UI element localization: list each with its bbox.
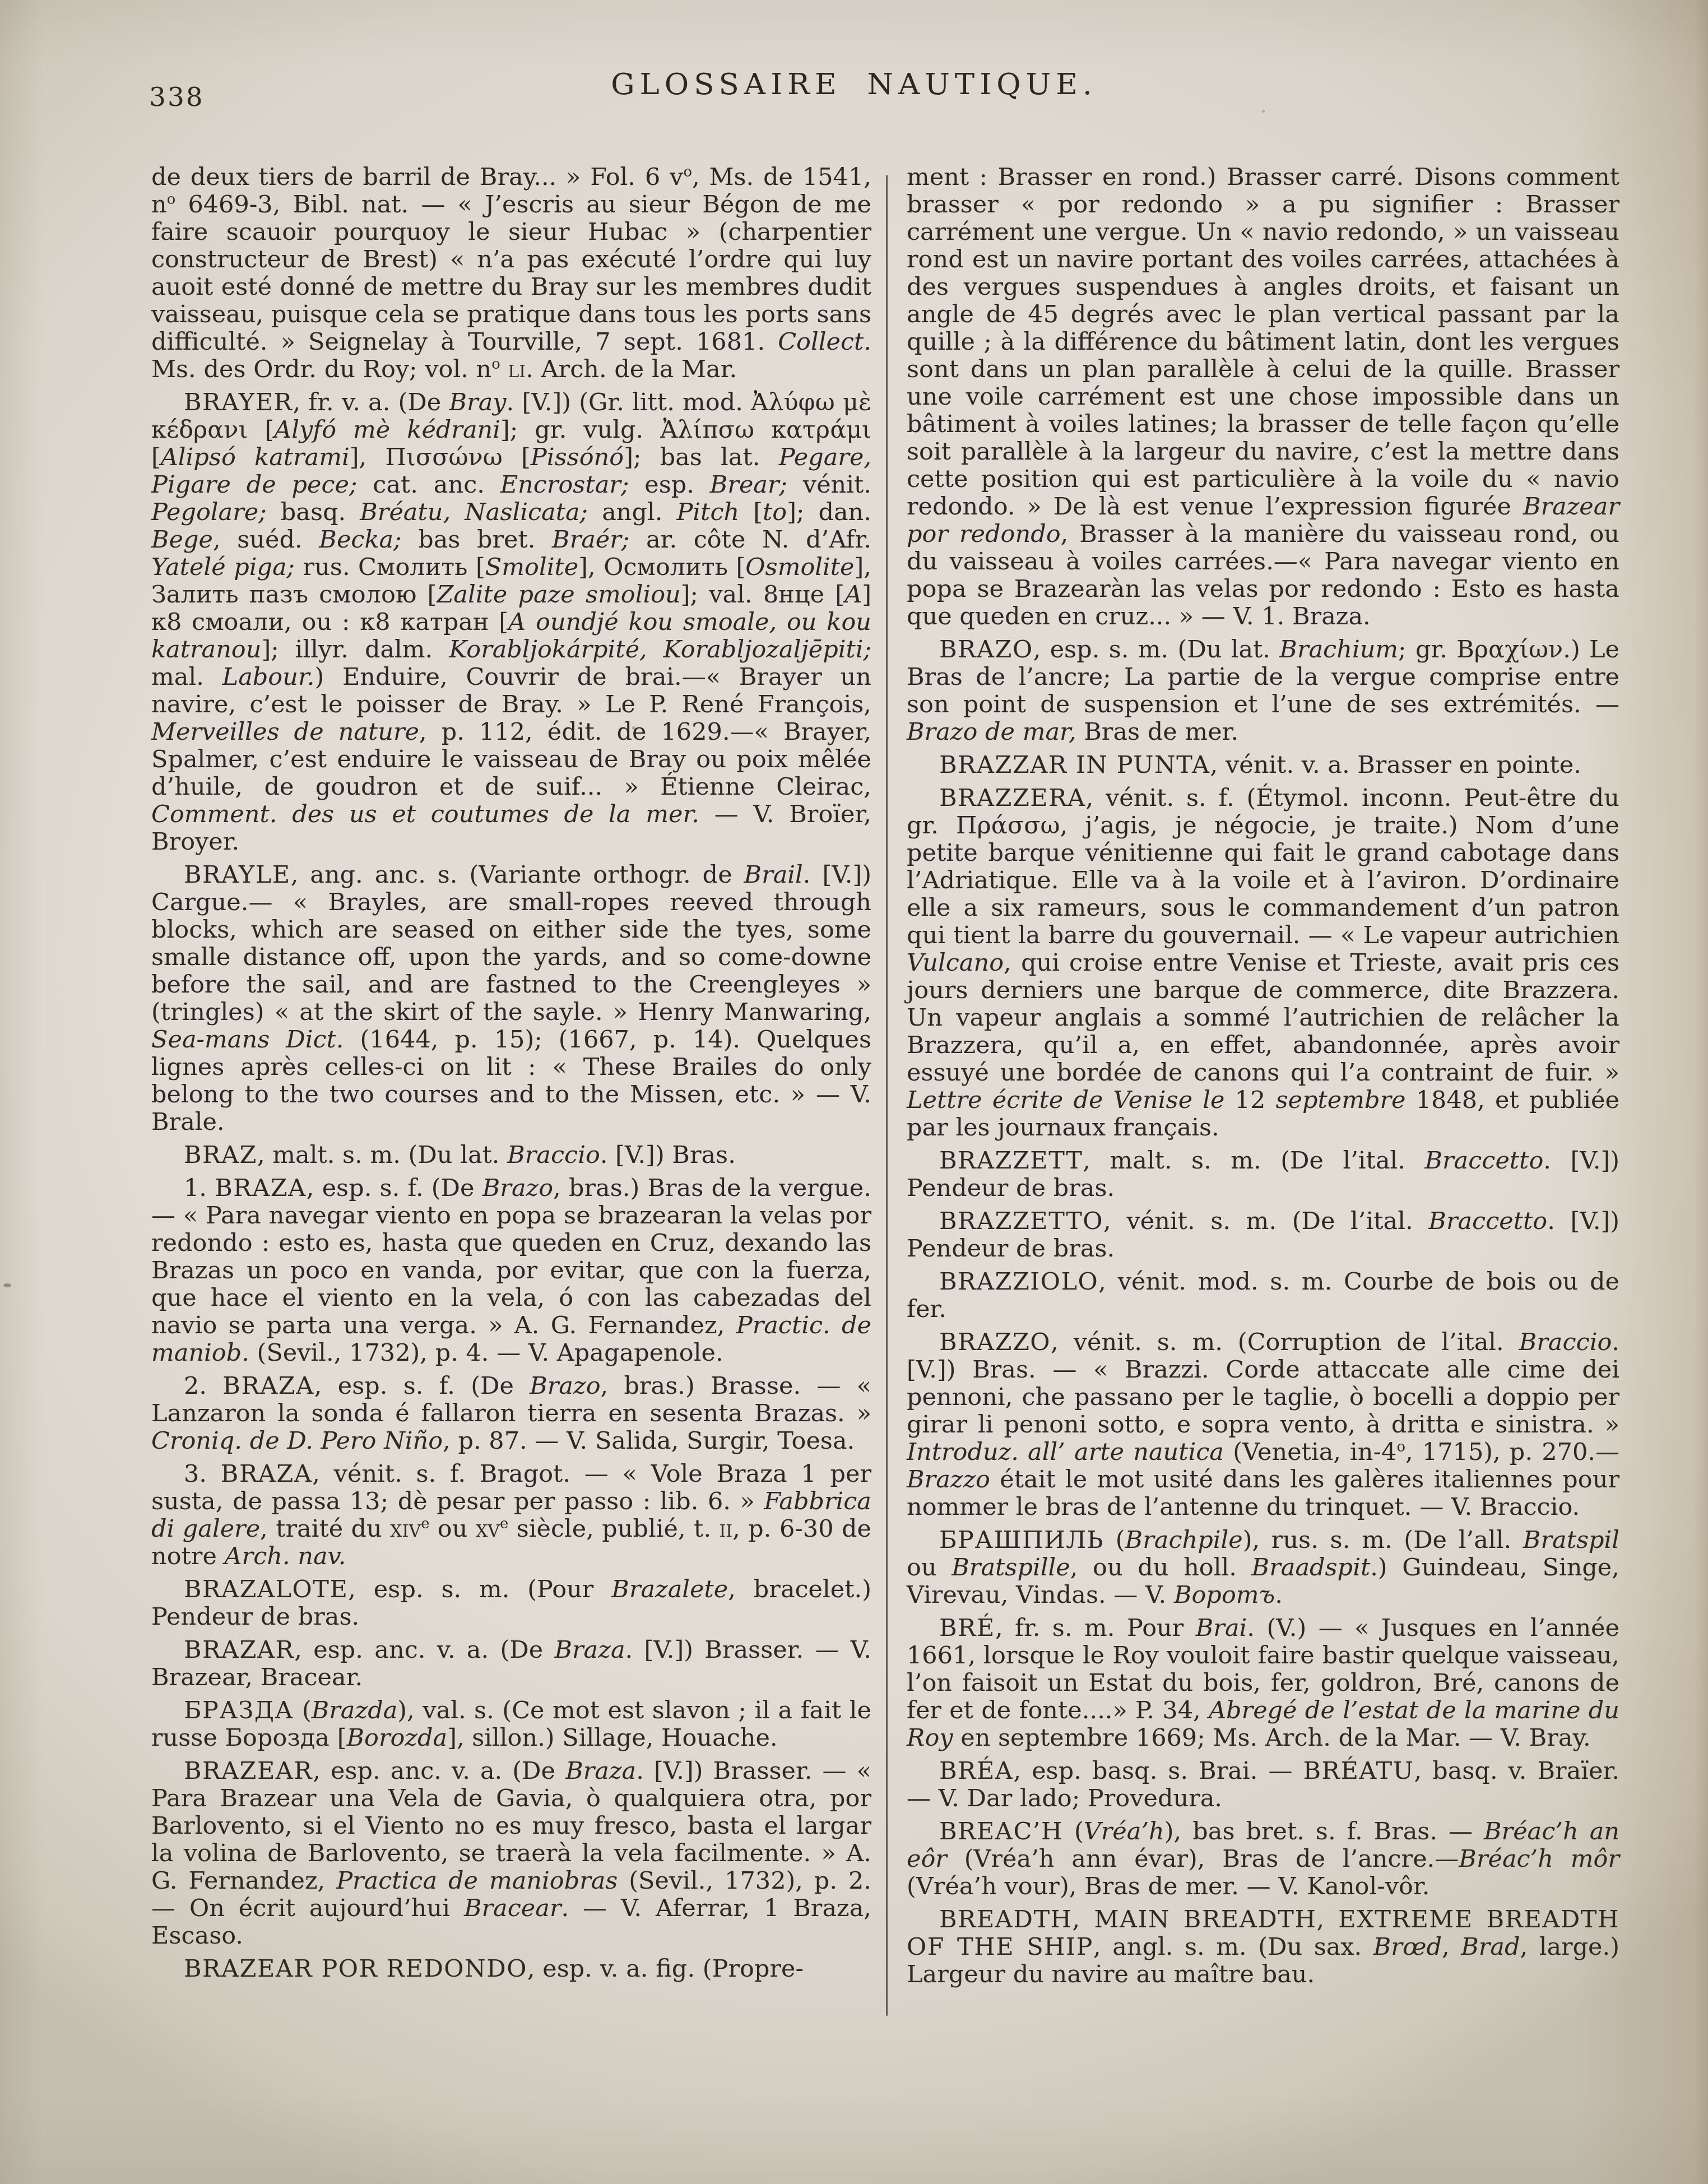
entry-paragraph: BRAZEAR, esp. anc. v. a. (De Braza. [V.]… [151, 1758, 871, 1950]
text-run: Воротъ [1174, 1581, 1275, 1609]
entry-paragraph: BRAZZAR IN PUNTA, vénit. v. a. Brasser e… [907, 752, 1619, 779]
text-block: de deux tiers de barril de Bray... » Fol… [151, 164, 1619, 1994]
text-run: ( [294, 1696, 311, 1724]
text-run: angl. [588, 498, 676, 526]
text-run: BRAZZO [939, 1328, 1051, 1356]
entry-paragraph: 1. BRAZA, esp. s. f. (De Brazo, bras.) B… [151, 1175, 871, 1367]
entry-paragraph: BRAZAR, esp. anc. v. a. (De Braza. [V.])… [151, 1636, 871, 1691]
text-run: Arch. nav. [225, 1542, 346, 1570]
text-run: Pissónó [531, 443, 624, 471]
text-run: Braza [565, 1757, 636, 1785]
text-run: Brachpile [1125, 1526, 1243, 1554]
text-run: Brai [1196, 1614, 1247, 1642]
entry-paragraph: БРАШПИЛЬ (Brachpile), rus. s. m. (De l’a… [907, 1527, 1619, 1609]
text-run: Brazo [530, 1372, 600, 1400]
text-run: BRAZZETTO [939, 1207, 1103, 1235]
entry-paragraph: BRAZEAR POR REDONDO, esp. v. a. fig. (Pr… [151, 1955, 871, 1983]
text-run: to [763, 498, 787, 526]
text-run: Collect. [778, 328, 871, 356]
text-run: Vréa’h [1084, 1817, 1164, 1845]
text-run: Bréac’h môr [1459, 1845, 1619, 1873]
text-run: Alyfó mè kédrani [274, 416, 500, 444]
text-run: , ou du holl. [1070, 1554, 1252, 1582]
text-run: Croniq. de D. Pero Niño [151, 1427, 443, 1455]
text-run: , vénit. v. a. Brasser en pointe. [1210, 751, 1581, 779]
text-run: , esp. s. m. (Du lat. [1033, 636, 1280, 664]
text-run: ], Осмолить [ [578, 553, 745, 581]
text-run: ], Πισσώνω [ [350, 443, 531, 471]
text-run: Brear; [710, 471, 787, 499]
text-run: Borozda [346, 1724, 447, 1752]
text-run: Bracear [464, 1894, 561, 1922]
text-run: A [844, 581, 862, 609]
text-run: Braér; [552, 526, 629, 554]
text-run: , p. 87. — V. Salida, Surgir, Toesa. [443, 1427, 855, 1455]
text-run: Brazda [312, 1696, 398, 1724]
text-run: Braccetto [1428, 1207, 1547, 1235]
text-run: BRAZA [221, 1460, 312, 1488]
text-run: BRÉATU [1303, 1757, 1414, 1785]
right-column: ment : Brasser en rond.) Brasser carré. … [907, 164, 1619, 1994]
text-run: BREAC’H [939, 1817, 1063, 1845]
text-run: Brachium [1279, 636, 1398, 664]
text-run: (Vréa’h vour), Bras de mer. — V. Kanol-v… [907, 1872, 1429, 1900]
text-run: esp. [629, 471, 709, 499]
text-run: BRAZA [215, 1174, 306, 1202]
text-run: , vénit. s. m. (Corruption de l’ital. [1051, 1328, 1519, 1356]
text-run: ), bas bret. s. f. Bras. — [1164, 1817, 1484, 1845]
text-run: Korabljokárpité, Korabljozaljēpiti; [449, 636, 871, 664]
text-run: li [508, 355, 526, 383]
text-run: ment : Brasser en rond.) Brasser carré. … [907, 163, 1619, 521]
entry-paragraph: BRAZO, esp. s. m. (Du lat. Brachium; gr.… [907, 636, 1619, 746]
text-run: Braccio [507, 1141, 600, 1169]
text-run: , 1715), p. 270.— [1405, 1438, 1619, 1466]
text-run: Pegolare; [151, 498, 267, 526]
text-run: cat. anc. [357, 471, 500, 499]
text-run: Bras de mer. [1076, 718, 1239, 746]
text-run: Zalite paze smoliou [437, 581, 680, 609]
text-run: BRAZZERA [939, 784, 1086, 812]
text-run: Brazo de mar, [907, 718, 1076, 746]
text-run: , ang. anc. s. (Variante orthogr. de [291, 861, 744, 889]
text-run: ( [1104, 1526, 1125, 1554]
text-run: en septembre 1669; Ms. Arch. de la Mar. … [953, 1724, 1591, 1752]
entry-paragraph: BREADTH, MAIN BREADTH, EXTREME BREADTH O… [907, 1906, 1619, 1988]
text-run: BRAZALOTE [184, 1575, 348, 1603]
text-run: Osmolite [745, 553, 854, 581]
text-run: , esp. anc. v. a. (De [313, 1757, 565, 1785]
text-run: ]; illyr. dalm. [261, 636, 449, 664]
left-column: de deux tiers de barril de Bray... » Fol… [151, 164, 871, 1994]
text-run: BRAYLE [184, 861, 291, 889]
text-run: septembre [1275, 1086, 1405, 1114]
text-run: BRAZZIOLO [939, 1268, 1098, 1296]
text-run: (Sevil., 1732), p. 4. — V. Apagapenole. [249, 1339, 723, 1367]
entry-paragraph: BRAZALOTE, esp. s. m. (Pour Brazalete, b… [151, 1576, 871, 1631]
entry-paragraph: BRAYER, fr. v. a. (De Bray. [V.]) (Gr. l… [151, 389, 871, 856]
text-run: (Vréa’h ann évar), Bras de l’ancre.— [947, 1845, 1459, 1873]
text-run: , [1442, 1933, 1461, 1961]
text-run: Yatelé piga; [151, 553, 295, 581]
text-run: , esp. s. f. (De [314, 1372, 530, 1400]
text-run: BRAZ [184, 1141, 257, 1169]
text-run: ]; bas lat. [624, 443, 779, 471]
text-run: , esp. basq. s. Brai. — [1013, 1757, 1303, 1785]
entry-paragraph: ment : Brasser en rond.) Brasser carré. … [907, 164, 1619, 630]
text-run: Bréatu, Naslicata; [360, 498, 588, 526]
text-run: (Venetia, in-4 [1224, 1438, 1396, 1466]
text-run: Becka; [319, 526, 401, 554]
paper-speck [632, 726, 635, 730]
text-run: , esp. anc. v. a. (De [294, 1636, 554, 1664]
text-run: 12 [1224, 1086, 1275, 1114]
text-run: Braccetto [1424, 1147, 1543, 1175]
text-run: 3. [184, 1460, 221, 1488]
scanned-page: 338 GLOSSAIRE NAUTIQUE. de deux tiers de… [0, 0, 1708, 2184]
text-run: БРАШПИЛЬ [939, 1526, 1104, 1554]
text-run: Brœd [1373, 1933, 1442, 1961]
text-run: Encrostar; [500, 471, 629, 499]
text-run: Braadspit [1252, 1554, 1371, 1582]
text-run: Introduz. all’ arte nautica [907, 1438, 1224, 1466]
entry-paragraph: BRÉA, esp. basq. s. Brai. — BRÉATU, basq… [907, 1758, 1619, 1812]
text-run: BRAYER [184, 388, 293, 416]
text-run: Bray [449, 388, 507, 416]
entry-paragraph: BREAC’H (Vréa’h), bas bret. s. f. Bras. … [907, 1818, 1619, 1900]
text-run: BRÉA [939, 1757, 1013, 1785]
text-run: ar. côte N. d’Afr. [629, 526, 871, 554]
text-run: o [167, 191, 176, 208]
text-run: ), rus. s. m. (De l’all. [1243, 1526, 1523, 1554]
text-run: BRÉ [939, 1614, 995, 1642]
text-run: Brail [744, 861, 803, 889]
text-run: basq. [267, 498, 360, 526]
text-run: Pitch [676, 498, 739, 526]
entry-paragraph: BRAYLE, ang. anc. s. (Variante orthogr. … [151, 861, 871, 1136]
text-run: Brad [1461, 1933, 1520, 1961]
text-run: Braza [554, 1636, 625, 1664]
text-run: ], sillon.) Sillage, Houache. [447, 1724, 777, 1752]
text-run: Braccio [1519, 1328, 1612, 1356]
text-run: vénit. [787, 471, 871, 499]
text-run: , angl. s. m. (Du sax. [1093, 1933, 1373, 1961]
text-run: e [421, 1515, 429, 1532]
text-run: Lettre écrite de Venise le [907, 1086, 1224, 1114]
text-run: Ms. des Ordr. du Roy; vol. n [151, 355, 491, 383]
text-run: 6469-3, Bibl. nat. — « J’escris au sieur… [151, 191, 871, 356]
entry-paragraph: 3. BRAZA, vénit. s. f. Bragot. — « Vole … [151, 1460, 871, 1570]
paper-speck [1262, 110, 1265, 113]
text-run: ]; val. 8нце [ [681, 581, 844, 609]
text-run: Bratspil [1523, 1526, 1619, 1554]
text-run: Sea-mans Dict. [151, 1026, 344, 1054]
text-run [500, 355, 508, 383]
text-run: Alipsó katrami [161, 443, 350, 471]
text-run: 2. [184, 1372, 222, 1400]
text-run: , traité du [260, 1515, 390, 1543]
text-run: était le mot usité dans les galères ital… [907, 1466, 1619, 1521]
text-run: , suéd. [213, 526, 319, 554]
text-run: BRAZEAR POR REDONDO [184, 1955, 527, 1983]
paper-speck [3, 1283, 11, 1287]
text-run: Comment. des us et coutumes de la mer. [151, 800, 699, 828]
text-run: Bege [151, 526, 213, 554]
text-run: [ [739, 498, 763, 526]
text-run: ( [1063, 1817, 1084, 1845]
text-run: , esp. s. m. (Pour [348, 1575, 611, 1603]
text-run: xiv [390, 1515, 421, 1543]
text-run: ou [907, 1554, 952, 1582]
text-run: BRAZO [939, 636, 1033, 664]
text-run: , vénit. s. m. (De l’ital. [1103, 1207, 1428, 1235]
entry-paragraph: BRAZZERA, vénit. s. f. (Étymol. inconn. … [907, 785, 1619, 1142]
text-run: mal. [151, 663, 222, 691]
entry-paragraph: BRAZZO, vénit. s. m. (Corruption de l’it… [907, 1329, 1619, 1521]
entry-paragraph: 2. BRAZA, esp. s. f. (De Brazo, bras.) B… [151, 1372, 871, 1455]
text-run: . Arch. de la Mar. [526, 355, 737, 383]
text-run: , fr. s. m. Pour [995, 1614, 1196, 1642]
text-run: Brazo [482, 1174, 553, 1202]
entry-paragraph: BRAZZETTO, vénit. s. m. (De l’ital. Brac… [907, 1208, 1619, 1263]
text-run: 1. [184, 1174, 215, 1202]
text-run: siècle, publié, t. [508, 1515, 719, 1543]
text-run: e [500, 1515, 508, 1532]
text-run: o [1396, 1439, 1405, 1455]
entry-paragraph: BRÉ, fr. s. m. Pour Brai. (V.) — « Jusqu… [907, 1615, 1619, 1752]
text-run: Merveilles de nature [151, 718, 419, 746]
entry-paragraph: BRAZZETT, malt. s. m. (De l’ital. Bracce… [907, 1147, 1619, 1202]
text-run: o [683, 164, 692, 180]
text-run: BRAZEAR [184, 1757, 313, 1785]
text-run: Vulcano [907, 949, 1004, 977]
text-run: ]; dan. [787, 498, 871, 526]
text-run: BRAZA [222, 1372, 314, 1400]
text-run: BRAZZAR IN PUNTA [939, 751, 1210, 779]
text-run: ou [429, 1515, 475, 1543]
text-run: bas bret. [402, 526, 552, 554]
text-run: БРАЗДА [184, 1696, 294, 1724]
text-run: de deux tiers de barril de Bray... » Fol… [151, 163, 683, 191]
text-run: , esp. v. a. fig. (Propre- [527, 1955, 804, 1983]
entry-paragraph: BRAZZIOLO, vénit. mod. s. m. Courbe de b… [907, 1268, 1619, 1323]
text-run: Smolite [485, 553, 578, 581]
text-run: , qui croise entre Venise et Trieste, av… [907, 949, 1619, 1087]
text-run: xv [476, 1515, 500, 1543]
text-run: Labour. [222, 663, 315, 691]
text-run: Brazzo [907, 1466, 990, 1494]
entry-paragraph: BRAZ, malt. s. m. (Du lat. Braccio. [V.]… [151, 1142, 871, 1169]
text-run: , fr. v. a. (De [293, 388, 449, 416]
entry-paragraph: БРАЗДА (Brazda), val. s. (Ce mot est sla… [151, 1697, 871, 1752]
text-run: Brazalete [611, 1575, 728, 1603]
text-run: . [V.]) Bras. [600, 1141, 736, 1169]
text-run: BRAZZETT [939, 1147, 1083, 1175]
text-run: BRAZAR [184, 1636, 294, 1664]
text-run: rus. Смолить [ [295, 553, 485, 581]
running-head: GLOSSAIRE NAUTIQUE. [0, 67, 1708, 101]
text-run: , esp. s. f. (De [307, 1174, 482, 1202]
text-run: , malt. s. m. (Du lat. [257, 1141, 507, 1169]
text-run: Bratspille [952, 1554, 1070, 1582]
text-run: ii [720, 1515, 733, 1543]
text-run: , malt. s. m. (De l’ital. [1083, 1147, 1424, 1175]
entry-paragraph: de deux tiers de barril de Bray... » Fol… [151, 164, 871, 383]
text-run: o [491, 356, 500, 373]
text-run: . [1275, 1581, 1283, 1609]
text-run: Practica de maniobras [336, 1867, 618, 1895]
